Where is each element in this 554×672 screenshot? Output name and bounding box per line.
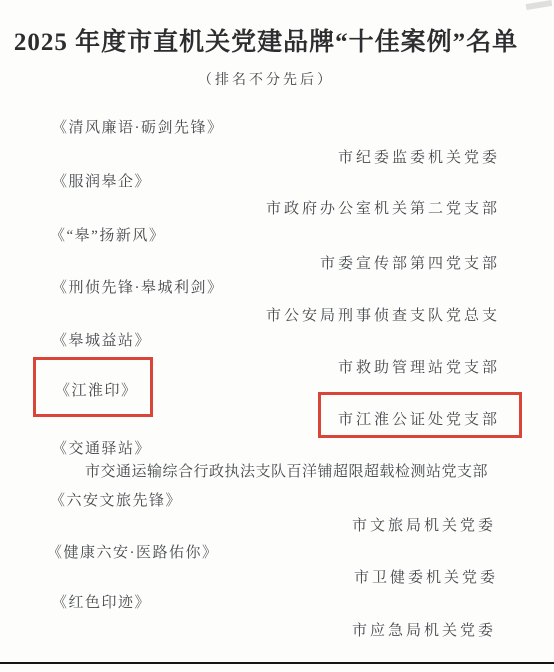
document-subtitle: （排名不分先后） <box>0 69 532 89</box>
case-brand: 《六安文旅先锋》 <box>50 491 182 511</box>
case-brand: 《皋城益站》 <box>52 331 151 351</box>
case-unit: 市公安局刑事侦查支队党总支 <box>266 306 500 326</box>
case-brand: 《服润皋企》 <box>52 172 151 192</box>
case-brand: 《健康六安·医路佑你》 <box>47 543 219 563</box>
highlight-box-unit <box>318 392 522 438</box>
case-unit: 市卫健委机关党委 <box>354 568 498 588</box>
highlight-box-brand <box>33 357 153 417</box>
case-brand: 《刑侦先锋·皋城利剑》 <box>52 278 224 298</box>
case-brand: 《红色印迹》 <box>52 593 151 613</box>
case-brand: 《“皋”扬新风》 <box>50 226 165 246</box>
case-unit: 市纪委监委机关党委 <box>338 148 500 168</box>
case-unit: 市委宣传部第四党支部 <box>320 254 500 274</box>
case-brand: 《交通驿站》 <box>52 439 151 459</box>
bottom-rule <box>0 662 554 664</box>
case-unit: 市政府办公室机关第二党支部 <box>266 199 500 219</box>
scan-artifact <box>526 0 553 10</box>
scanned-document-page: 2025 年度市直机关党建品牌“十佳案例”名单 （排名不分先后） 《清风廉语·砺… <box>0 0 554 672</box>
case-unit: 市应急局机关党委 <box>352 621 496 641</box>
case-unit: 市救助管理站党支部 <box>338 358 500 378</box>
document-title: 2025 年度市直机关党建品牌“十佳案例”名单 <box>0 22 532 58</box>
case-unit: 市文旅局机关党委 <box>352 516 496 536</box>
case-brand: 《清风廉语·砺剑先锋》 <box>52 118 224 138</box>
case-unit: 市交通运输综合行政执法支队百洋铺超限超载检测站党支部 <box>85 462 488 482</box>
